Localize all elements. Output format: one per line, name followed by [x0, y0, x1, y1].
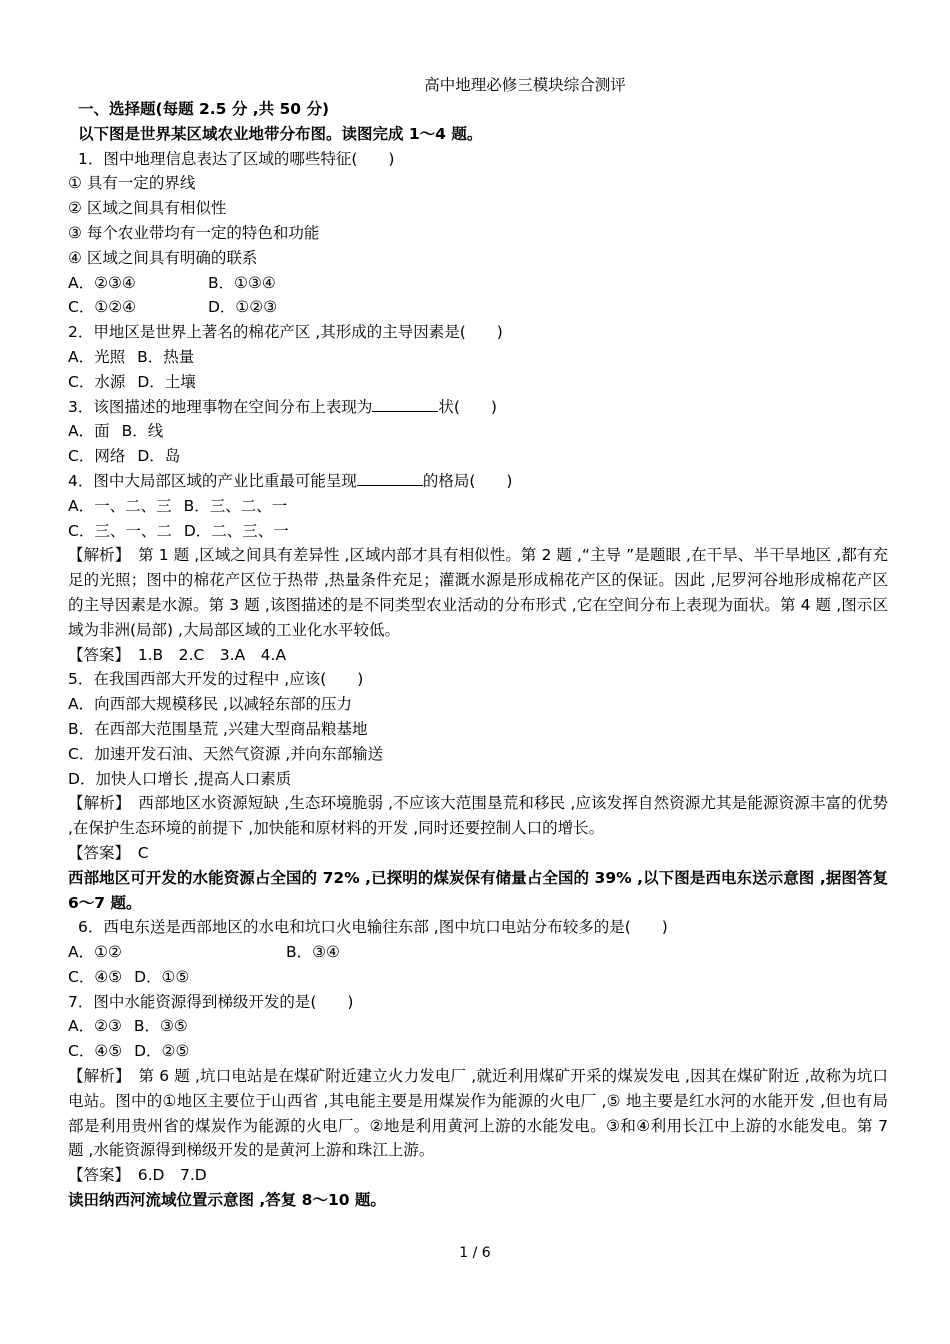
page-title: 高中地理必修三模块综合测评: [0, 73, 950, 95]
analysis-2: 【解析】 西部地区水资源短缺 ,生态环境脆弱 ,不应该大范围垦荒和移民 ,应该发…: [68, 791, 888, 841]
q1-stem: 1．图中地理信息表达了区域的哪些特征( ): [68, 147, 888, 172]
answer-3: 【答案】 6.D 7.D: [68, 1163, 888, 1188]
q4-option-d: D．二、三、一: [184, 522, 289, 540]
group3-intro: 读田纳西河流域位置示意图 ,答复 8～10 题。: [68, 1188, 888, 1213]
q3-option-d: D．岛: [137, 447, 180, 465]
q4-blank: [357, 469, 423, 486]
q5-option-a: A．向西部大规模移民 ,以减轻东部的压力: [68, 692, 888, 717]
q2-options-cd: C．水源D．土壤: [68, 370, 888, 395]
q3-option-b: B．线: [122, 422, 164, 440]
q1-option-d: D．①②③: [208, 298, 277, 316]
q2-option-d: D．土壤: [137, 373, 195, 391]
q3-option-c: C．网络: [68, 447, 125, 465]
q4-stem-before: 4．图中大局部区域的产业比重最可能呈现: [68, 472, 357, 490]
answer-2: 【答案】 C: [68, 841, 888, 866]
document-body: 一、选择题(每题 2.5 分 ,共 50 分) 以下图是世界某区域农业地带分布图…: [68, 97, 888, 1213]
q4-option-a: A．一、二、三: [68, 497, 172, 515]
q6-option-b: B．③④: [286, 943, 340, 961]
q1-options-cd: C．①②④D．①②③: [68, 295, 888, 320]
q5-option-c: C．加速开发石油、天然气资源 ,并向东部输送: [68, 742, 888, 767]
answer-1: 【答案】 1.B 2.C 3.A 4.A: [68, 643, 888, 668]
q3-stem-after: 状( ): [438, 398, 497, 416]
analysis-3: 【解析】 第 6 题 ,坑口电站是在煤矿附近建立火力发电厂 ,就近利用煤矿开采的…: [68, 1064, 888, 1163]
q4-option-b: B．三、二、一: [184, 497, 288, 515]
q3-stem: 3．该图描述的地理事物在空间分布上表现为状( ): [68, 395, 888, 420]
q4-stem: 4．图中大局部区域的产业比重最可能呈现的格局( ): [68, 469, 888, 494]
q6-option-d: D．①⑤: [134, 968, 189, 986]
q7-options-cd: C．④⑤D．②⑤: [68, 1039, 888, 1064]
q1-option-c: C．①②④: [68, 295, 208, 320]
q1-statement-3: ③ 每个农业带均有一定的特色和功能: [68, 221, 888, 246]
page-number: 1 / 6: [0, 1245, 950, 1261]
q2-options-ab: A．光照B．热量: [68, 345, 888, 370]
q6-options-cd: C．④⑤D．①⑤: [68, 965, 888, 990]
q7-option-a: A．②③: [68, 1017, 122, 1035]
q6-stem: 6．西电东送是西部地区的水电和坑口火电输往东部 ,图中坑口电站分布较多的是( ): [68, 915, 888, 940]
group2-intro: 西部地区可开发的水能资源占全国的 72% ,已探明的煤炭保有储量占全国的 39%…: [68, 866, 888, 916]
q7-options-ab: A．②③B．③⑤: [68, 1014, 888, 1039]
q1-statement-1: ① 具有一定的界线: [68, 171, 888, 196]
q7-option-d: D．②⑤: [134, 1042, 189, 1060]
q4-options-ab: A．一、二、三B．三、二、一: [68, 494, 888, 519]
q5-option-d: D．加快人口增长 ,提高人口素质: [68, 767, 888, 792]
q6-option-a: A．①②: [68, 940, 286, 965]
q6-option-c: C．④⑤: [68, 968, 122, 986]
q2-stem: 2．甲地区是世界上著名的棉花产区 ,其形成的主导因素是( ): [68, 320, 888, 345]
section-heading: 一、选择题(每题 2.5 分 ,共 50 分): [68, 97, 888, 122]
q5-stem: 5．在我国西部大开发的过程中 ,应该( ): [68, 667, 888, 692]
q7-option-c: C．④⑤: [68, 1042, 122, 1060]
group1-intro: 以下图是世界某区域农业地带分布图。读图完成 1～4 题。: [68, 122, 888, 147]
q3-option-a: A．面: [68, 422, 110, 440]
q3-options-cd: C．网络D．岛: [68, 444, 888, 469]
q1-statement-4: ④ 区域之间具有明确的联系: [68, 246, 888, 271]
q2-option-c: C．水源: [68, 373, 125, 391]
q6-options-ab: A．①②B．③④: [68, 940, 888, 965]
q4-options-cd: C．三、一、二D．二、三、一: [68, 519, 888, 544]
q4-option-c: C．三、一、二: [68, 522, 172, 540]
q5-option-b: B．在西部大范围垦荒 ,兴建大型商品粮基地: [68, 717, 888, 742]
q1-statement-2: ② 区域之间具有相似性: [68, 196, 888, 221]
analysis-1: 【解析】 第 1 题 ,区域之间具有差异性 ,区域内部才具有相似性。第 2 题 …: [68, 543, 888, 642]
q3-blank: [372, 395, 438, 412]
q1-options-ab: A．②③④B．①③④: [68, 271, 888, 296]
q2-option-b: B．热量: [137, 348, 194, 366]
q2-option-a: A．光照: [68, 348, 125, 366]
q1-option-b: B．①③④: [208, 274, 276, 292]
q3-stem-before: 3．该图描述的地理事物在空间分布上表现为: [68, 398, 372, 416]
q7-option-b: B．③⑤: [134, 1017, 188, 1035]
q7-stem: 7．图中水能资源得到梯级开发的是( ): [68, 990, 888, 1015]
q4-stem-after: 的格局( ): [423, 472, 513, 490]
q3-options-ab: A．面B．线: [68, 419, 888, 444]
q1-option-a: A．②③④: [68, 271, 208, 296]
